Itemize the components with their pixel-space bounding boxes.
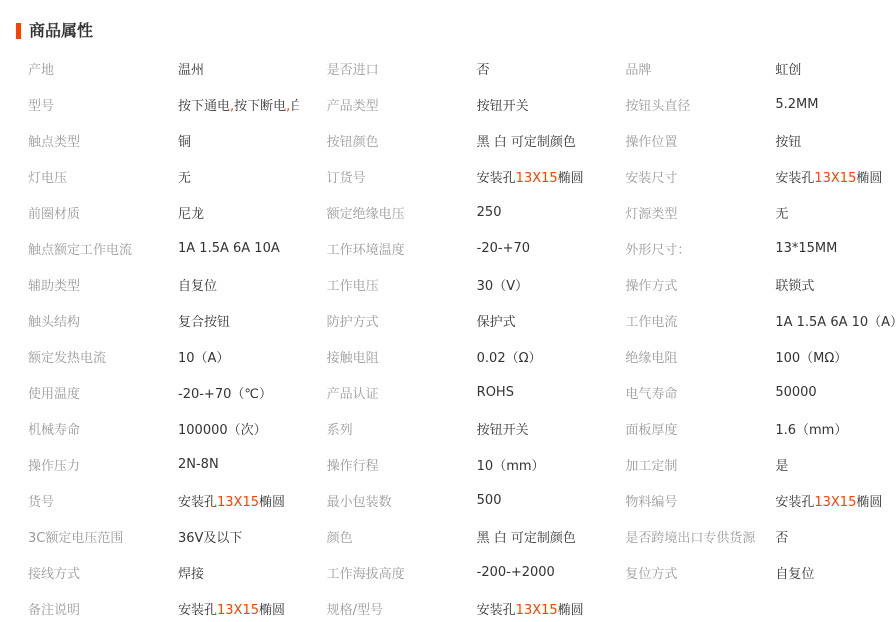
attribute-label: 操作方式 (625, 275, 775, 294)
attribute-value: 安装孔13X15椭圆 (775, 167, 888, 186)
attribute-value: 100（MΩ） (775, 347, 853, 366)
attribute-label: 备注说明 (28, 599, 178, 618)
attribute-value: 按钮开关 (477, 419, 535, 438)
attribute-value: 13*15MM (775, 241, 843, 256)
attribute-label: 产品认证 (327, 383, 477, 402)
attribute-label: 颜色 (327, 527, 477, 546)
attribute-value: 虹创 (775, 59, 807, 78)
attribute-cell: 系列 按钮开关 (299, 410, 598, 446)
attribute-cell: 产品类型 按钮开关 (299, 86, 598, 122)
attribute-cell: 工作环境温度 -20-+70 (299, 230, 598, 266)
attribute-cell: 按钮颜色 黑 白 可定制颜色 (299, 122, 598, 158)
attribute-cell: 前圈材质 尼龙 (0, 194, 299, 230)
attribute-value: 1.6（mm） (775, 419, 853, 438)
attribute-value: -200-+2000 (477, 565, 561, 580)
attribute-label: 工作环境温度 (327, 239, 477, 258)
attribute-value: 10（A） (178, 347, 235, 366)
attribute-value: 安装孔13X15椭圆 (775, 491, 888, 510)
attribute-cell: 物料编号 安装孔13X15椭圆 (597, 482, 896, 518)
attribute-label: 接触电阻 (327, 347, 477, 366)
attribute-value: 36V及以下 (178, 527, 248, 546)
attribute-cell: 品牌 虹创 (597, 50, 896, 86)
attribute-value: 铜 (178, 131, 197, 150)
attribute-label: 规格/型号 (327, 599, 477, 618)
attribute-cell: 接线方式 焊接 (0, 554, 299, 590)
attribute-value: 按钮开关 (477, 95, 535, 114)
attribute-label: 操作压力 (28, 455, 178, 474)
attribute-label: 面板厚度 (625, 419, 775, 438)
attribute-label: 最小包装数 (327, 491, 477, 510)
attribute-label: 按钮头直径 (625, 95, 775, 114)
attribute-value: 焊接 (178, 563, 210, 582)
accent-bar-icon (16, 23, 21, 39)
attribute-label: 3C额定电压范围 (28, 527, 178, 546)
attribute-label: 外形尺寸： (625, 239, 775, 258)
attribute-label: 安装尺寸 (625, 167, 775, 186)
attribute-cell: 灯电压 无 (0, 158, 299, 194)
attribute-cell: 灯源类型 无 (597, 194, 896, 230)
attribute-cell: 额定发热电流 10（A） (0, 338, 299, 374)
attribute-label: 是否跨境出口专供货源 (625, 527, 775, 546)
attribute-label: 额定发热电流 (28, 347, 178, 366)
attribute-label: 品牌 (625, 59, 775, 78)
attribute-label: 工作海拔高度 (327, 563, 477, 582)
attribute-label: 接线方式 (28, 563, 178, 582)
attribute-label: 按钮颜色 (327, 131, 477, 150)
attribute-cell: 触点类型 铜 (0, 122, 299, 158)
attribute-value: 联锁式 (775, 275, 820, 294)
attribute-cell: 辅助类型 自复位 (0, 266, 299, 302)
attribute-label: 灯电压 (28, 167, 178, 186)
attribute-label: 额定绝缘电压 (327, 203, 477, 222)
attribute-cell: 安装尺寸 安装孔13X15椭圆 (597, 158, 896, 194)
attribute-cell (597, 590, 896, 622)
attribute-cell: 工作海拔高度 -200-+2000 (299, 554, 598, 590)
attribute-label: 操作行程 (327, 455, 477, 474)
attribute-label: 辅助类型 (28, 275, 178, 294)
attribute-cell: 触点额定工作电流 1A 1.5A 6A 10A (0, 230, 299, 266)
attribute-cell: 操作行程 10（mm） (299, 446, 598, 482)
attribute-cell: 最小包装数 500 (299, 482, 598, 518)
attribute-label: 物料编号 (625, 491, 775, 510)
attribute-label: 加工定制 (625, 455, 775, 474)
attribute-cell: 产地 温州 (0, 50, 299, 86)
attribute-cell: 接触电阻 0.02（Ω） (299, 338, 598, 374)
attribute-value: 按钮 (775, 131, 807, 150)
attribute-value: 保护式 (477, 311, 522, 330)
attribute-cell: 型号 按下通电,按下断电,白... (0, 86, 299, 122)
attribute-label: 型号 (28, 95, 178, 114)
attribute-value: 自复位 (178, 275, 223, 294)
attribute-label: 操作位置 (625, 131, 775, 150)
attribute-value: -20-+70 (477, 241, 536, 256)
attribute-label: 触点类型 (28, 131, 178, 150)
attribute-cell: 工作电压 30（V） (299, 266, 598, 302)
attribute-value: 按下通电,按下断电,白... (178, 95, 299, 114)
attribute-label: 复位方式 (625, 563, 775, 582)
attribute-value: 安装孔13X15椭圆 (178, 491, 291, 510)
attribute-label: 工作电压 (327, 275, 477, 294)
attribute-label: 触点额定工作电流 (28, 239, 178, 258)
attribute-value: 100000（次） (178, 419, 273, 438)
attribute-label: 灯源类型 (625, 203, 775, 222)
attribute-cell: 面板厚度 1.6（mm） (597, 410, 896, 446)
attribute-cell: 货号 安装孔13X15椭圆 (0, 482, 299, 518)
attribute-value: 否 (477, 59, 496, 78)
attribute-label: 产品类型 (327, 95, 477, 114)
attribute-value: 1A 1.5A 6A 10（A） (775, 311, 896, 330)
attribute-value: 无 (775, 203, 794, 222)
attribute-value: 尼龙 (178, 203, 210, 222)
attribute-label: 是否进口 (327, 59, 477, 78)
attribute-label: 订货号 (327, 167, 477, 186)
attribute-value: 10（mm） (477, 455, 551, 474)
attribute-value: 安装孔13X15椭圆 (477, 167, 590, 186)
attribute-label: 机械寿命 (28, 419, 178, 438)
attribute-label: 绝缘电阻 (625, 347, 775, 366)
attribute-cell: 是否跨境出口专供货源 否 (597, 518, 896, 554)
attribute-label: 工作电流 (625, 311, 775, 330)
attribute-value: 30（V） (477, 275, 534, 294)
attribute-value: 黑 白 可定制颜色 (477, 131, 582, 150)
attribute-cell: 使用温度 -20-+70（℃） (0, 374, 299, 410)
attribute-cell: 操作方式 联锁式 (597, 266, 896, 302)
attribute-label: 货号 (28, 491, 178, 510)
attribute-cell: 防护方式 保护式 (299, 302, 598, 338)
attribute-value: 是 (775, 455, 794, 474)
attribute-value: 1A 1.5A 6A 10A (178, 241, 286, 256)
attribute-value: 无 (178, 167, 197, 186)
attribute-cell: 电气寿命 50000 (597, 374, 896, 410)
attribute-label: 产地 (28, 59, 178, 78)
attribute-label: 使用温度 (28, 383, 178, 402)
attribute-cell: 绝缘电阻 100（MΩ） (597, 338, 896, 374)
attribute-value: 温州 (178, 59, 210, 78)
attribute-label: 触头结构 (28, 311, 178, 330)
attribute-value: 5.2MM (775, 97, 824, 112)
attribute-value: 50000 (775, 385, 822, 400)
attribute-value: -20-+70（℃） (178, 383, 278, 402)
attribute-value: 0.02（Ω） (477, 347, 548, 366)
attribute-cell: 备注说明 安装孔13X15椭圆 (0, 590, 299, 622)
section-title: 商品属性 (29, 22, 93, 40)
attribute-label: 电气寿命 (625, 383, 775, 402)
section-header: 商品属性 (16, 22, 896, 40)
attribute-value: 自复位 (775, 563, 820, 582)
attribute-label: 前圈材质 (28, 203, 178, 222)
attribute-value: ROHS (477, 385, 520, 400)
attribute-cell: 操作压力 2N-8N (0, 446, 299, 482)
attribute-label: 系列 (327, 419, 477, 438)
attribute-value: 500 (477, 493, 508, 508)
attribute-cell: 复位方式 自复位 (597, 554, 896, 590)
attribute-value: 安装孔13X15椭圆 (178, 599, 291, 618)
attribute-cell: 按钮头直径 5.2MM (597, 86, 896, 122)
attribute-cell: 外形尺寸： 13*15MM (597, 230, 896, 266)
attribute-value: 否 (775, 527, 794, 546)
attribute-cell: 触头结构 复合按钮 (0, 302, 299, 338)
attribute-value: 黑 白 可定制颜色 (477, 527, 582, 546)
attribute-value: 2N-8N (178, 457, 225, 472)
attribute-cell: 加工定制 是 (597, 446, 896, 482)
product-attributes-panel: 商品属性 产地 温州 是否进口 否 品牌 虹创 型号 按下通电,按下断电,白..… (0, 22, 896, 622)
attribute-cell: 订货号 安装孔13X15椭圆 (299, 158, 598, 194)
attribute-cell: 3C额定电压范围 36V及以下 (0, 518, 299, 554)
attribute-cell: 额定绝缘电压 250 (299, 194, 598, 230)
attribute-cell: 是否进口 否 (299, 50, 598, 86)
attribute-cell: 操作位置 按钮 (597, 122, 896, 158)
attribute-cell: 颜色 黑 白 可定制颜色 (299, 518, 598, 554)
attribute-cell: 机械寿命 100000（次） (0, 410, 299, 446)
attribute-cell: 工作电流 1A 1.5A 6A 10（A） (597, 302, 896, 338)
attribute-cell: 产品认证 ROHS (299, 374, 598, 410)
attribute-value: 复合按钮 (178, 311, 236, 330)
attribute-value: 250 (477, 205, 508, 220)
attributes-table: 产地 温州 是否进口 否 品牌 虹创 型号 按下通电,按下断电,白... 产品类… (0, 50, 896, 622)
attribute-label: 防护方式 (327, 311, 477, 330)
attribute-cell: 规格/型号 安装孔13X15椭圆 (299, 590, 598, 622)
attribute-value: 安装孔13X15椭圆 (477, 599, 590, 618)
